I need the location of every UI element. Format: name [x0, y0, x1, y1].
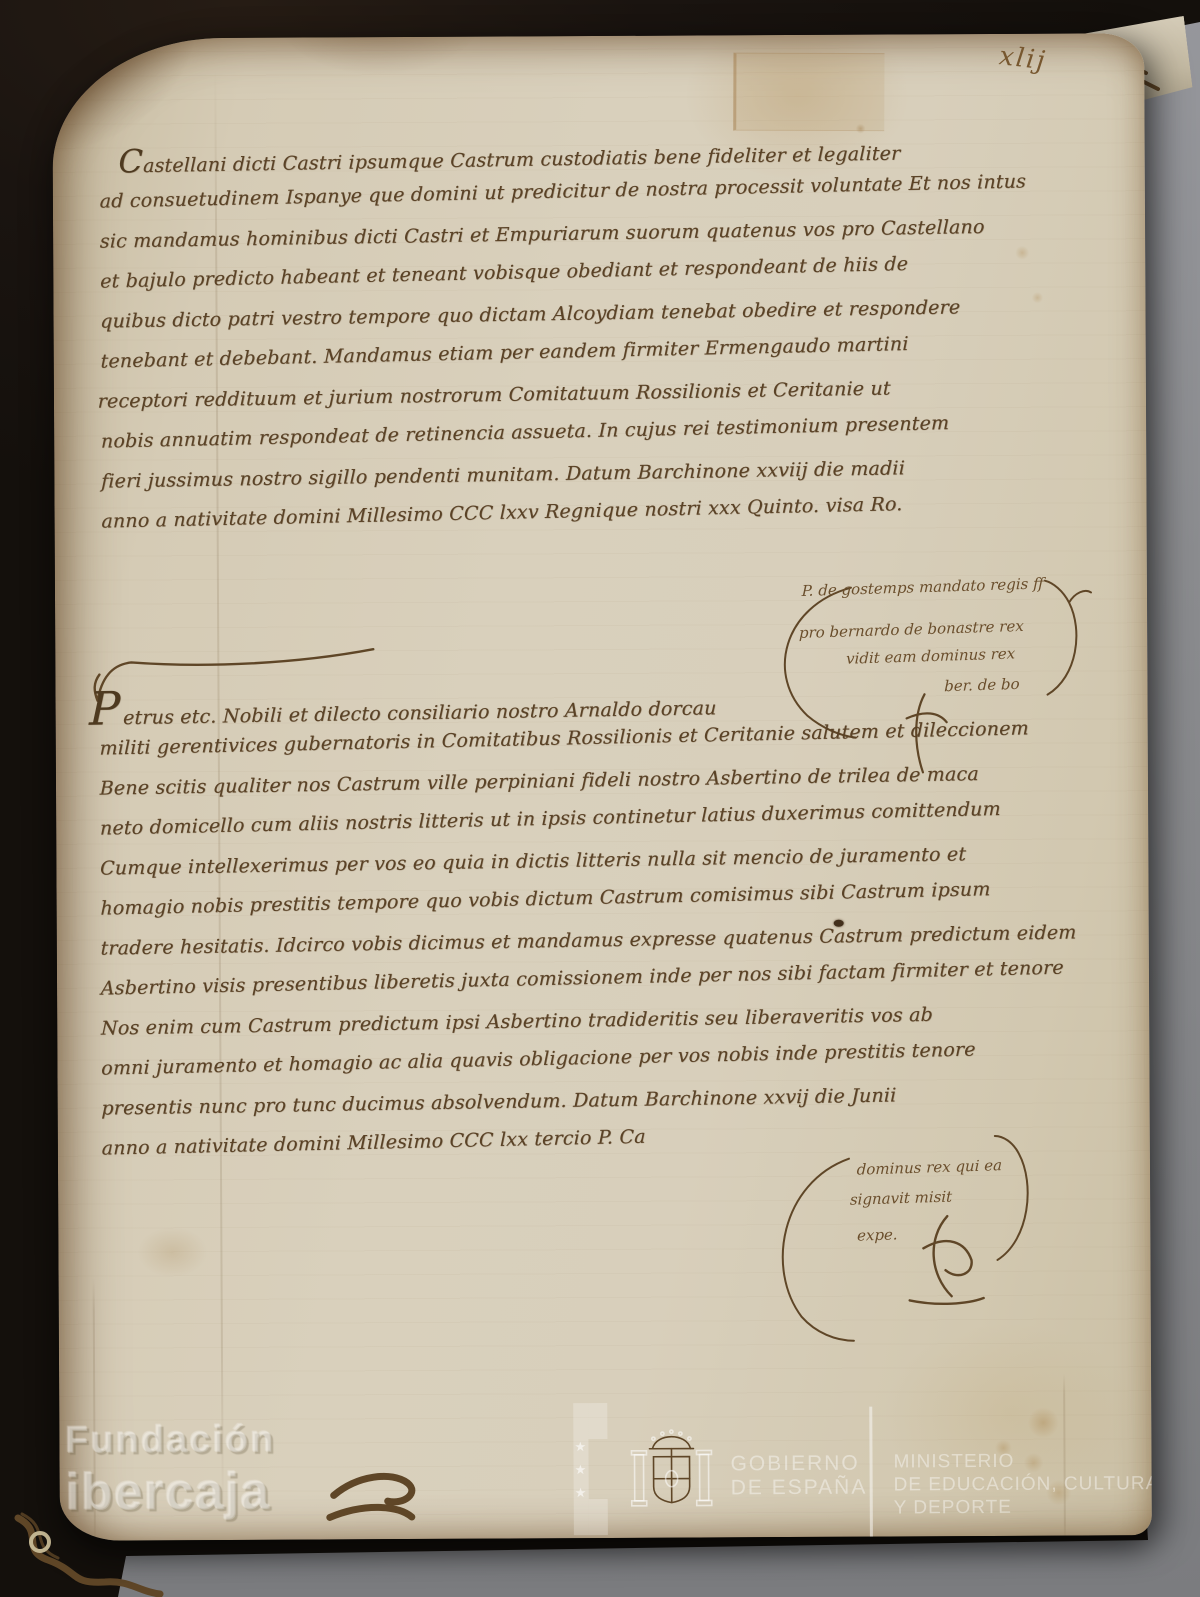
chancery-note2-paraph — [907, 1208, 988, 1308]
chancery-note1-line: vidit eam dominus rex — [846, 644, 1016, 667]
eu-flag-bar — [588, 1403, 607, 1439]
chancery-note1-line: ber. de bo — [944, 675, 1020, 695]
folio-number: xlij — [998, 41, 1049, 76]
chancery-note2-bracket-right — [987, 1128, 1048, 1268]
gobierno-line1: GOBIERNO — [730, 1452, 859, 1477]
eu-star-icon: ★ — [575, 1462, 587, 1478]
gobierno-line2: DE ESPAÑA — [731, 1476, 868, 1501]
crease-line — [1063, 1374, 1066, 1541]
ms-entry1-line: tenebant et debebant. Mandamus etiam per… — [100, 333, 908, 373]
archival-scan: xlij Castellani dicti Castri ipsumque Ca… — [0, 0, 1200, 1597]
ms-entry1-line: anno a nativitate domini Millesimo CCC l… — [101, 493, 902, 532]
ms-entry2-line: Nos enim cum Castrum predictum ipsi Asbe… — [101, 1004, 933, 1040]
ms-entry2-line: homagio nobis prestitis tempore quo vobi… — [100, 878, 990, 919]
spain-coat-of-arms-icon — [626, 1426, 716, 1518]
chancery-note2-line: expe. — [857, 1225, 898, 1244]
ms-entry1-line: et bajulo predicto habeant et teneant vo… — [100, 253, 908, 293]
ms-entry1-line: sic mandamus hominibus dicti Castri et E… — [100, 216, 985, 253]
chancery-note2-line: dominus rex qui ea — [857, 1156, 1003, 1179]
ms-entry2-line: anno a nativitate domini Millesimo CCC l… — [102, 1126, 646, 1160]
chancery-note1-bracket-right — [1039, 572, 1096, 702]
watermark-ibercaja-text: ibercaja — [66, 1462, 271, 1523]
ms-entry1-line: Castellani dicti Castri ipsumque Castrum… — [118, 138, 901, 178]
ministerio-line2: DE EDUCACIÓN, CULTURA — [894, 1473, 1152, 1496]
ms-entry1-line: fieri jussimus nostro sigillo pendenti m… — [101, 457, 905, 492]
eu-star-icon: ★ — [575, 1485, 587, 1501]
chancery-note2-bracket-left — [757, 1149, 868, 1350]
ms-entry2-line: Cumque intellexerimus per vos eo quia in… — [100, 843, 966, 879]
ms-entry2-line: neto domicello cum aliis nostris litteri… — [100, 798, 1001, 840]
ms-entry2-line: tradere hesitatis. Idcirco vobis dicimus… — [100, 921, 1076, 959]
ms-entry2-line: omni juramento et homagio ac alia quavis… — [101, 1039, 976, 1080]
tape-residue-mark — [733, 53, 884, 132]
ink-blot — [834, 920, 844, 927]
eu-star-icon: ★ — [574, 1439, 586, 1455]
ms-entry2-line: Bene scitis qualiter nos Castrum ville p… — [100, 763, 980, 800]
ibercaja-swirl-icon — [326, 1461, 436, 1541]
ministerio-line1: MINISTERIO — [893, 1451, 1014, 1474]
ministerio-line3: Y DEPORTE — [894, 1497, 1012, 1520]
eu-flag-bar — [589, 1499, 608, 1535]
government-divider — [869, 1407, 873, 1539]
manuscript-page: xlij Castellani dicti Castri ipsumque Ca… — [52, 33, 1152, 1541]
ms-entry1-line: quibus dicto patri vestro tempore quo di… — [100, 296, 960, 332]
ms-entry1-line: nobis annuatim respondeat de retinencia … — [101, 412, 950, 453]
ms-entry1-line: ad consuetudinem Ispanye que domini ut p… — [100, 170, 1027, 212]
watermark-fundacion-text: Fundación — [65, 1419, 275, 1463]
chancery-note1-line: P. de gostemps mandato regis ff — [802, 574, 1044, 600]
chancery-note2-line: signavit misit — [850, 1187, 953, 1208]
ms-entry2-line: Asbertino visis presentibus liberetis ju… — [101, 957, 1064, 1000]
